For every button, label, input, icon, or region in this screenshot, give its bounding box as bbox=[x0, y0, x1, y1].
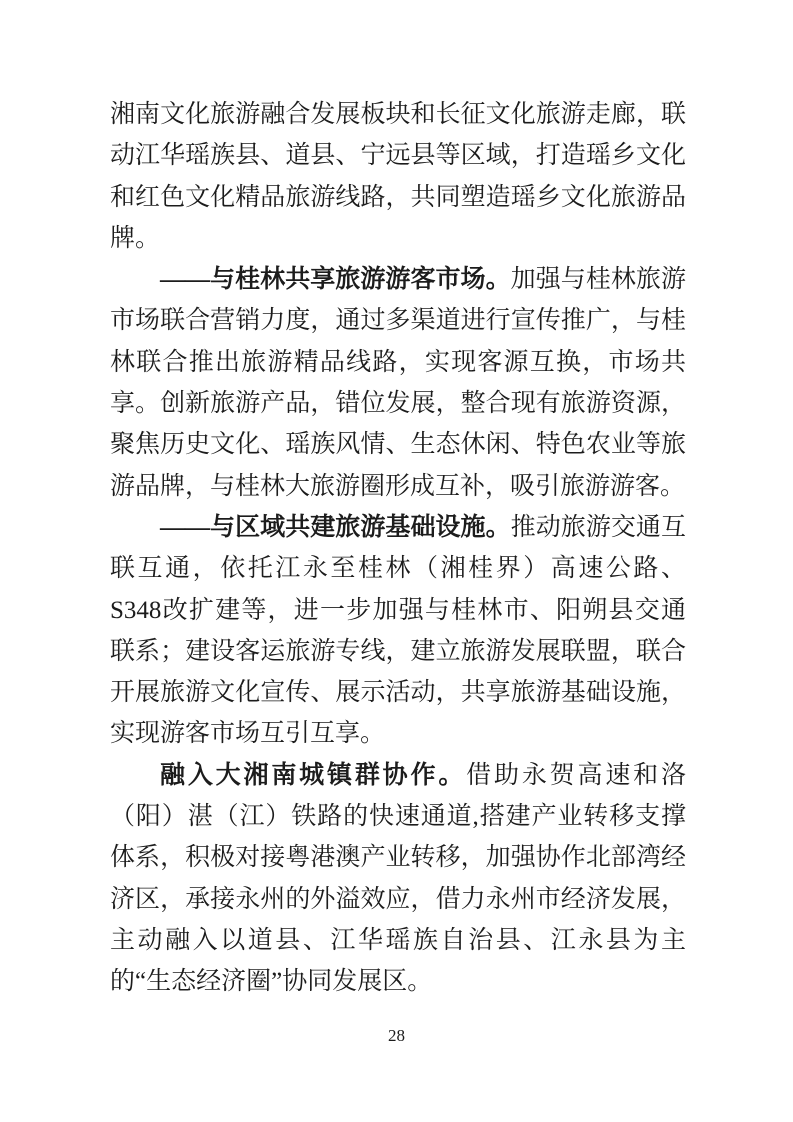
paragraph-heading-segment: 融入大湘南城镇群协作。 bbox=[160, 762, 466, 789]
paragraph: ——与区域共建旅游基础设施。推动旅游交通互联互通，依托江永至桂林（湘桂界）高速公… bbox=[110, 507, 686, 755]
paragraph-text-segment: 加强与桂林旅游市场联合营销力度，通过多渠道进行宣传推广，与桂林联合推出旅游精品线… bbox=[110, 266, 686, 499]
document-body: 湘南文化旅游融合发展板块和长征文化旅游走廊，联动江华瑶族县、道县、宁远县等区域，… bbox=[110, 94, 686, 1003]
paragraph: 融入大湘南城镇群协作。借助永贺高速和洛（阳）湛（江）铁路的快速通道,搭建产业转移… bbox=[110, 755, 686, 1003]
paragraph: ——与桂林共享旅游游客市场。加强与桂林旅游市场联合营销力度，通过多渠道进行宣传推… bbox=[110, 259, 686, 507]
paragraph: 湘南文化旅游融合发展板块和长征文化旅游走廊，联动江华瑶族县、道县、宁远县等区域，… bbox=[110, 94, 686, 259]
page-footer: 28 bbox=[0, 1026, 793, 1046]
page-number: 28 bbox=[388, 1026, 405, 1045]
paragraph-heading-segment: ——与区域共建旅游基础设施。 bbox=[160, 514, 511, 541]
paragraph-text-segment: 推动旅游交通互联互通，依托江永至桂林（湘桂界）高速公路、S348改扩建等，进一步… bbox=[110, 514, 686, 747]
document-page: 湘南文化旅游融合发展板块和长征文化旅游走廊，联动江华瑶族县、道县、宁远县等区域，… bbox=[0, 0, 793, 1122]
paragraph-text-segment: 湘南文化旅游融合发展板块和长征文化旅游走廊，联动江华瑶族县、道县、宁远县等区域，… bbox=[110, 101, 686, 252]
paragraph-text-segment: 借助永贺高速和洛（阳）湛（江）铁路的快速通道,搭建产业转移支撑体系，积极对接粤港… bbox=[110, 762, 686, 995]
paragraph-heading-segment: ——与桂林共享旅游游客市场。 bbox=[160, 266, 511, 293]
